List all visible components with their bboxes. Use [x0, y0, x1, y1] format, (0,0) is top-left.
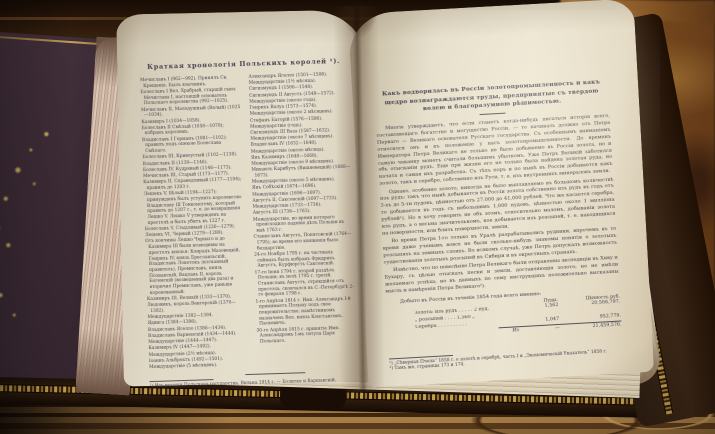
- page-title: Краткая хронологія Польскихъ королей ¹).: [140, 57, 348, 72]
- kings-column-1: Мечиславъ I (962—992). Принялъ Св. Креще…: [140, 75, 249, 371]
- heading-rule: [480, 113, 506, 115]
- chronology-entry: Болеславъ I Вел. Храбрый, старшій сынъ М…: [140, 87, 240, 107]
- gutter-shadow: [333, 6, 386, 393]
- body-paragraphs: Многіе утверждаютъ, что если станетъ ког…: [376, 113, 619, 297]
- footnote-block: ¹) „Сѣверная Пчела“ 1858 г. о золотѣ и с…: [389, 342, 624, 372]
- chronology-entry: Лешекъ V, Бѣлый (1194—1227); принужденъ …: [144, 189, 245, 226]
- chronology-entry: Отъ кончины Лешко Чернаго и до Казимира …: [145, 236, 246, 296]
- chapter-heading: Какъ водворилась въ Россіи золотопромышл…: [374, 78, 609, 117]
- production-table: Добыто въ Россіи въ теченіе 1854 года вс…: [400, 287, 622, 341]
- page-right: Какъ водворилась въ Россіи золотопромышл…: [348, 0, 654, 388]
- total-pud: —: [520, 325, 560, 334]
- body-paragraph: Многіе утверждаютъ, что если станетъ ког…: [376, 113, 613, 188]
- gold-corner-ornament: [0, 117, 60, 332]
- book-photo: Краткая хронологія Польскихъ королей ¹).…: [0, 0, 715, 434]
- page-left-content: Краткая хронологія Польскихъ королей ¹).…: [140, 57, 358, 375]
- footnotes: ¹) „Сѣверная Пчела“ 1858 г. о золотѣ и с…: [389, 348, 623, 372]
- page-right-content: Какъ водворилась въ Россіи золотопромышл…: [374, 78, 623, 373]
- kings-columns: Мечиславъ I (962—992). Принялъ Св. Креще…: [140, 72, 357, 372]
- total-label: Итого . . .: [498, 327, 520, 335]
- total-value: 21,459,576.: [559, 322, 621, 333]
